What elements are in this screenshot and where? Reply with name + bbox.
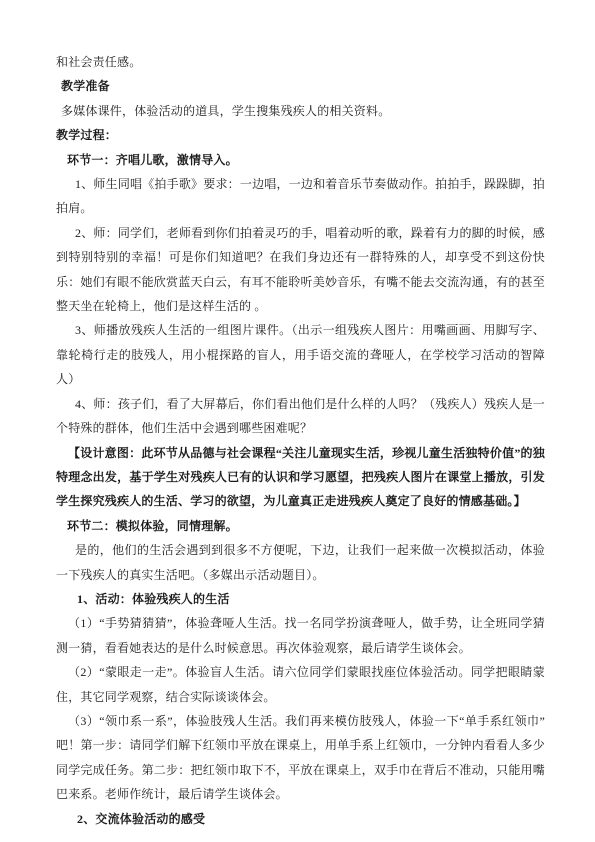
paragraph-2-teacher-talk: 2、师：同学们，老师看到你们拍着灵巧的手，唱着动听的歌，跺着有力的脚的时候，感到…: [56, 221, 545, 319]
heading-teaching-preparation: 教学准备: [56, 74, 545, 98]
paragraph-1-clap-song: 1、师生同唱《拍手歌》要求：一边唱，一边和着音乐节奏做动作。拍拍手，跺跺脚，拍拍…: [56, 172, 545, 221]
heading-step-two: 环节二：模拟体验，同情理解。: [56, 514, 545, 538]
paragraph-3-picture-slides: 3、师播放残疾人生活的一组图片课件。（出示一组残疾人图片：用嘴画画、用脚写字、靠…: [56, 318, 545, 391]
document-page: 和社会责任感。 教学准备 多媒体课件，体验活动的道具，学生搜集残疾人的相关资料。…: [0, 0, 595, 842]
heading-step-one: 环节一：齐唱儿歌，激情导入。: [56, 148, 545, 172]
paragraph-continuation: 和社会责任感。: [56, 50, 545, 74]
paragraph-activity-scarf: （3）“领巾系一系”，体验肢残人生活。我们再来模仿肢残人，体验一下“单手系红领巾…: [56, 709, 545, 807]
paragraph-activity-gesture: （1）“手势猜猜猜”，体验聋哑人生活。找一名同学扮演聋哑人，做手势，让全班同学猜…: [56, 611, 545, 660]
heading-activity-experience: 1、活动：体验残疾人的生活: [56, 587, 545, 611]
paragraph-simulation-intro: 是的，他们的生活会遇到到很多不方便呢，下边，让我们一起来做一次模拟活动，体验一下…: [56, 538, 545, 587]
heading-teaching-process: 教学过程：: [56, 123, 545, 147]
paragraph-preparation-materials: 多媒体课件，体验活动的道具，学生搜集残疾人的相关资料。: [56, 99, 545, 123]
heading-share-feelings: 2、交流体验活动的感受: [56, 807, 545, 831]
paragraph-activity-blindfold: （2）“蒙眼走一走”。体验盲人生活。请六位同学们蒙眼找座位体验活动。同学把眼睛蒙…: [56, 660, 545, 709]
paragraph-4-question: 4、师：孩子们，看了大屏幕后，你们看出他们是什么样的人吗？（残疾人）残疾人是一个…: [56, 392, 545, 441]
paragraph-design-intent: 【设计意图：此环节从品德与社会课程“关注儿童现实生活，珍视儿童生活独特价值”的独…: [56, 441, 545, 514]
